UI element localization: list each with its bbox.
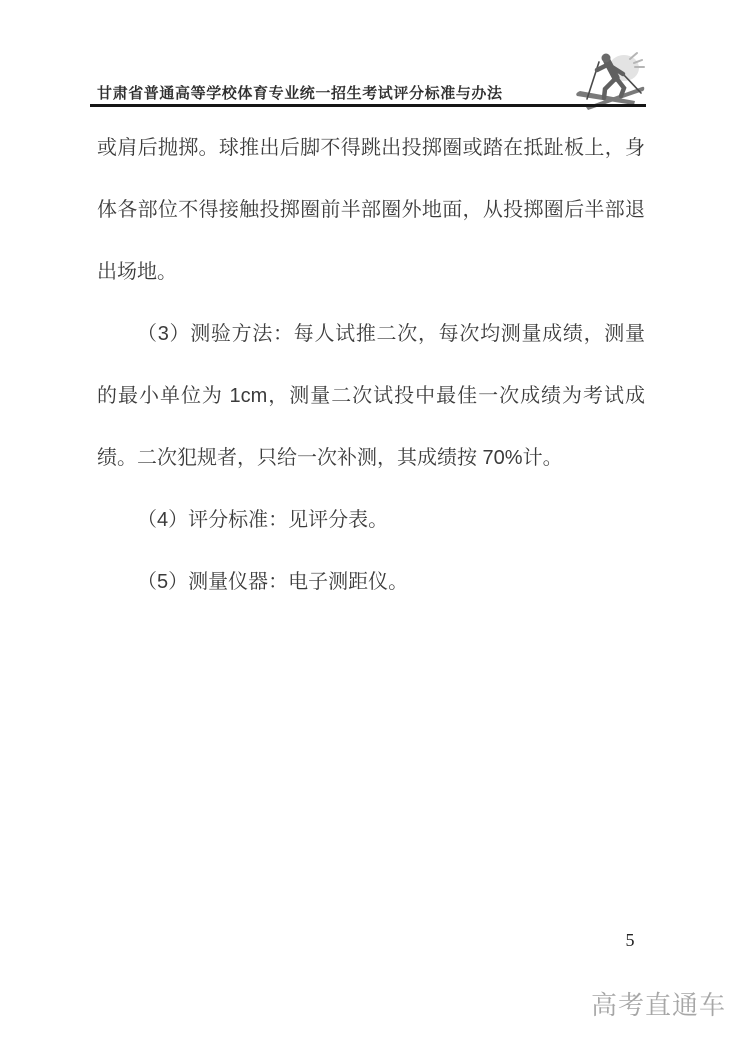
body-paragraph: （4）评分标准：见评分表。 — [97, 489, 645, 551]
header-rule — [90, 104, 646, 107]
skier-icon — [574, 50, 648, 110]
body-text: 或肩后抛掷。球推出后脚不得跳出投掷圈或踏在抵趾板上，身体各部位不得接触投掷圈前半… — [97, 117, 645, 613]
body-paragraph: （5）测量仪器：电子测距仪。 — [97, 551, 645, 613]
body-paragraph: 或肩后抛掷。球推出后脚不得跳出投掷圈或踏在抵趾板上，身体各部位不得接触投掷圈前半… — [97, 117, 645, 303]
document-page: 甘肃省普通高等学校体育专业统一招生考试评分标准与办法 — [0, 0, 737, 1043]
page-number: 5 — [618, 930, 642, 951]
body-paragraph: （3）测验方法：每人试推二次，每次均测量成绩，测量的最小单位为 1cm，测量二次… — [97, 303, 645, 489]
header-title: 甘肃省普通高等学校体育专业统一招生考试评分标准与办法 — [97, 82, 503, 103]
watermark: 高考直通车 — [591, 985, 726, 1022]
